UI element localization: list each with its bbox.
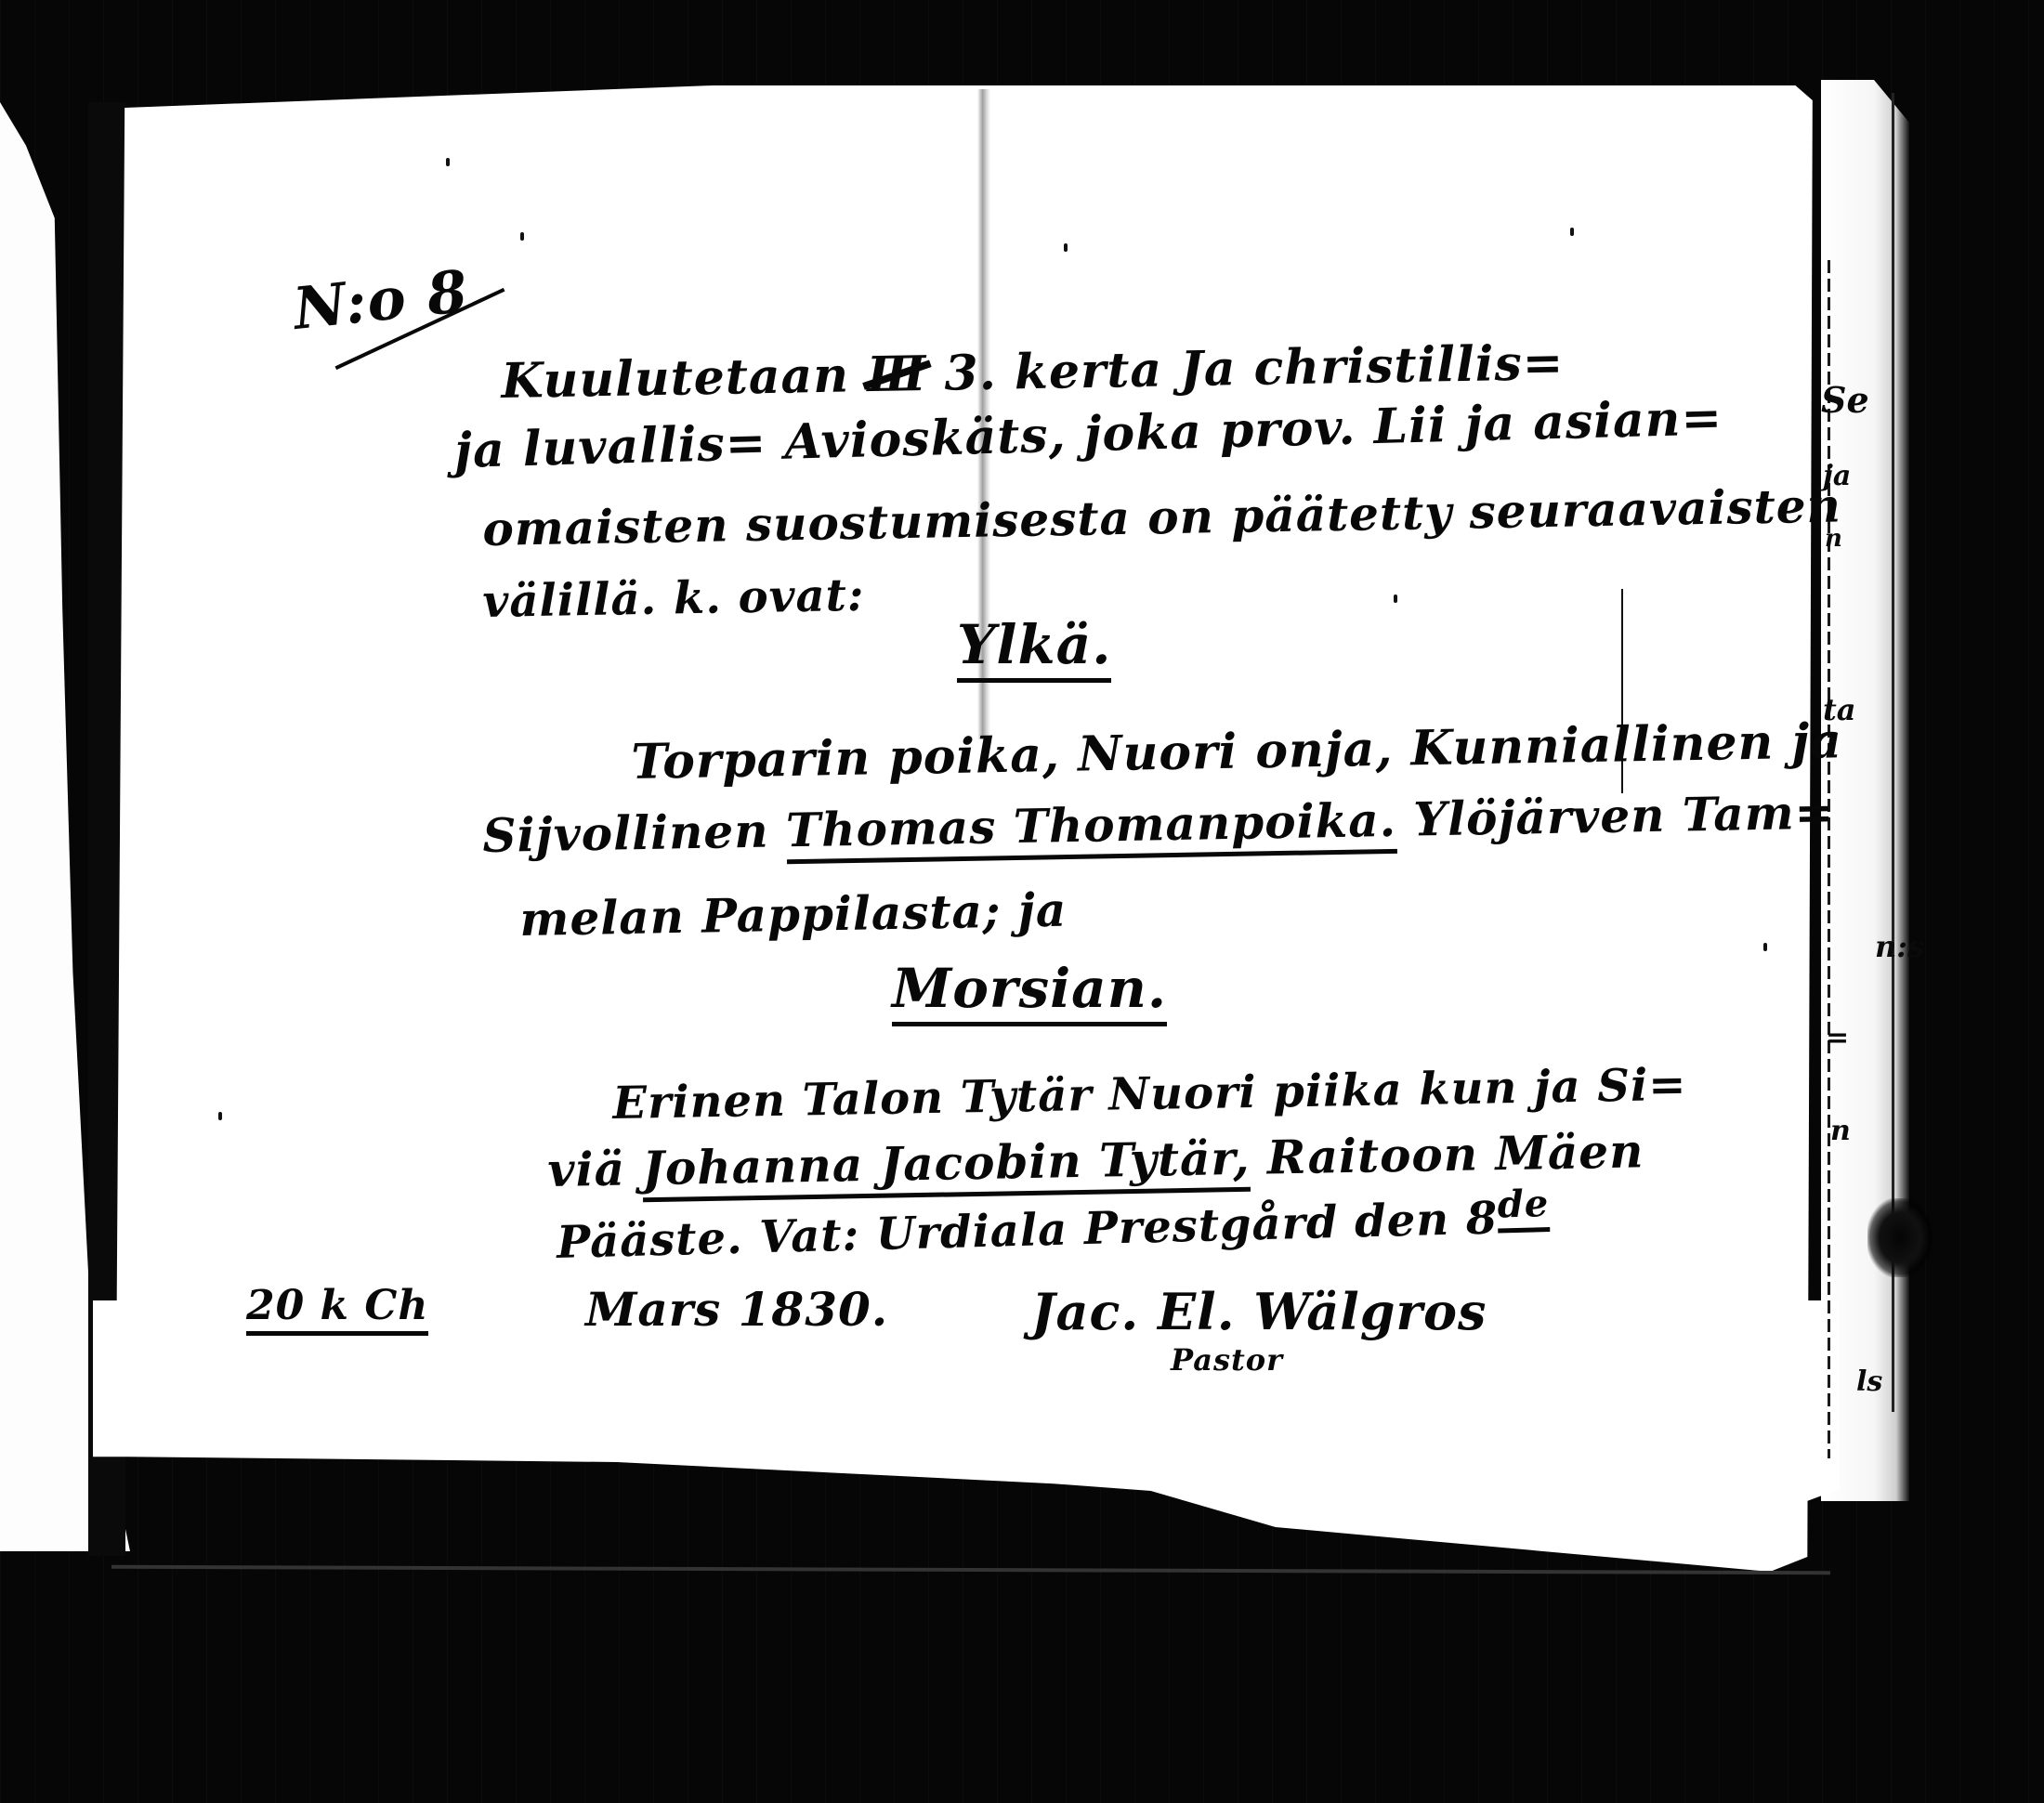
- margin-fragment: ls: [1856, 1365, 1882, 1398]
- dust-speck: [1394, 594, 1397, 603]
- margin-fragment: ta: [1823, 692, 1856, 727]
- fee-note: 20 k Ch: [246, 1282, 428, 1336]
- margin-fragment: Se: [1821, 379, 1869, 421]
- dust-speck: [218, 1112, 222, 1120]
- dust-speck: [520, 232, 524, 241]
- ink-blot: [1867, 1198, 1933, 1277]
- line-6-start: Sijvollinen: [482, 804, 769, 863]
- page-margin-line: [1828, 260, 1830, 1458]
- next-page-edge: [1821, 80, 1909, 1501]
- line-9-start: viä: [547, 1142, 625, 1197]
- heading-groom: Ylkä.: [957, 613, 1111, 683]
- margin-fragment: n: [1825, 525, 1842, 553]
- margin-fragment: n:s: [1875, 929, 1924, 964]
- margin-fragment: =: [1826, 1022, 1849, 1054]
- margin-fragment: n: [1830, 1115, 1851, 1147]
- line-6-end: Ylöjärven Tam=: [1413, 785, 1835, 847]
- line-1-start: Kuulutetaan: [501, 346, 850, 410]
- text-line-7: melan Pappilasta; ja: [519, 882, 1068, 947]
- signature-title: Pastor: [1171, 1342, 1283, 1378]
- text-line-4: välillä. k. ovat:: [482, 569, 865, 628]
- struck-out-numeral: Ⅲ: [867, 346, 927, 403]
- text-line-11-date: Mars 1830.: [585, 1282, 888, 1337]
- line-9-end: Raitoon Mäen: [1266, 1123, 1644, 1184]
- margin-fragment: ja: [1823, 460, 1851, 492]
- day-suffix: de: [1497, 1182, 1550, 1233]
- dust-speck: [1570, 228, 1574, 236]
- line-1-end: 3. kerta Ja christillis=: [944, 334, 1565, 402]
- dust-speck: [1763, 943, 1767, 951]
- dust-speck: [1064, 243, 1068, 252]
- heading-bride: Morsian.: [892, 957, 1167, 1026]
- pastor-signature: Jac. El. Wälgros: [1031, 1282, 1487, 1341]
- dust-speck: [446, 158, 450, 166]
- groom-name: Thomas Thomanpoika.: [785, 792, 1396, 864]
